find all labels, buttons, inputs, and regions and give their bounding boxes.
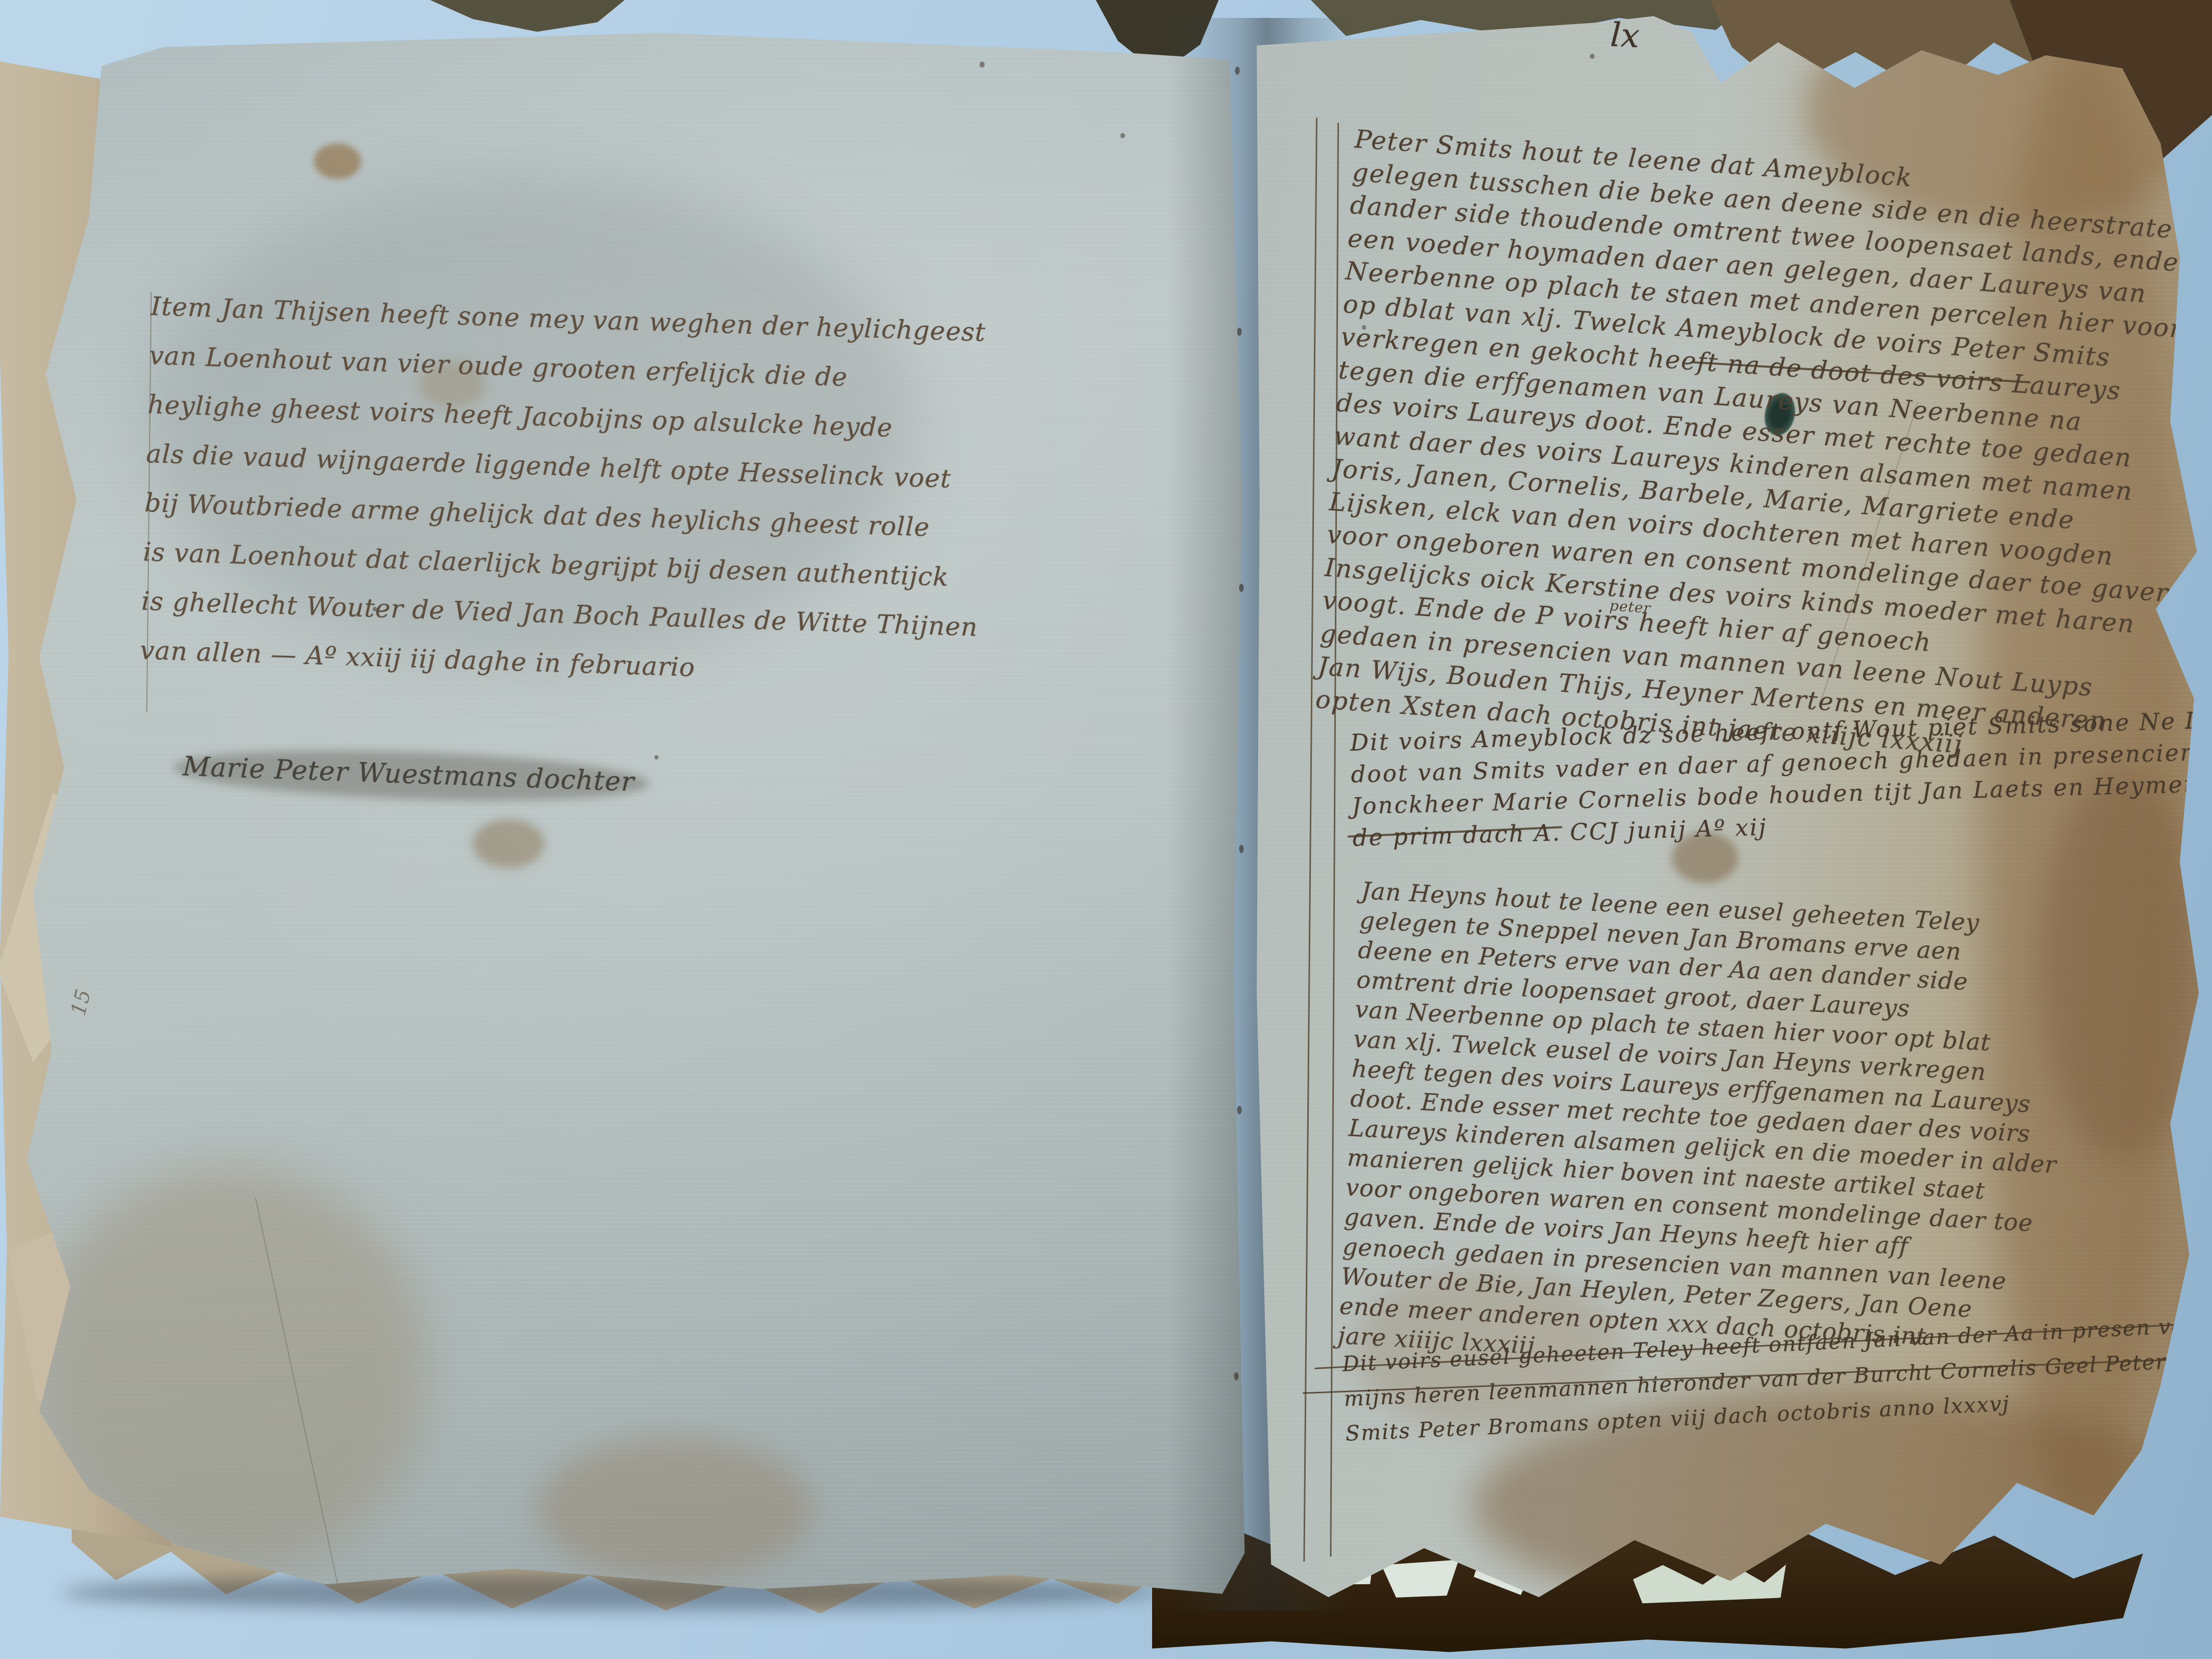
speck <box>980 61 985 68</box>
interlinear-insertion: peter <box>1608 589 1652 625</box>
entry-note-ameyblock: Dit voirs Ameyblock dz soe heeft ontf Wo… <box>1350 703 2212 854</box>
speck <box>1590 54 1594 59</box>
entry-peter-smits: Peter Smits hout te leene dat Ameyblock … <box>1314 123 2212 777</box>
stitch-hole <box>1234 1372 1239 1380</box>
stain-blot <box>473 819 544 868</box>
flap-marks: 15 <box>67 987 96 1018</box>
speck <box>1120 133 1125 138</box>
top-tatter-left <box>430 0 625 32</box>
folio-number: lx <box>1609 16 1640 56</box>
paper-texture <box>14 28 1260 1600</box>
stitch-hole <box>1237 328 1242 336</box>
manuscript-photo: Item Jan Thijsen heeft sone mey van wegh… <box>0 0 2212 1659</box>
margin-rule <box>1303 118 1317 1562</box>
stain <box>537 1436 813 1580</box>
stitch-hole <box>1237 1106 1242 1114</box>
right-page: lx Peter Smits hout te leene dat Ameyblo… <box>1252 13 2208 1646</box>
crease-line <box>255 1198 340 1594</box>
stain-spot <box>314 143 361 179</box>
stitch-hole <box>1239 845 1244 853</box>
stitch-hole <box>1239 584 1244 592</box>
stitch-hole <box>1235 67 1240 75</box>
book-shadow <box>61 1575 1162 1610</box>
entry-jan-heyns: Jan Heyns hout te leene een eusel geheet… <box>1337 876 2070 1387</box>
left-page: Item Jan Thijsen heeft sone mey van wegh… <box>14 28 1260 1600</box>
speck <box>654 755 658 759</box>
scribbled-name: Marie Peter Wuestmans dochter <box>182 751 635 798</box>
left-entry-block: Item Jan Thijsen heeft sone mey van wegh… <box>139 282 988 701</box>
